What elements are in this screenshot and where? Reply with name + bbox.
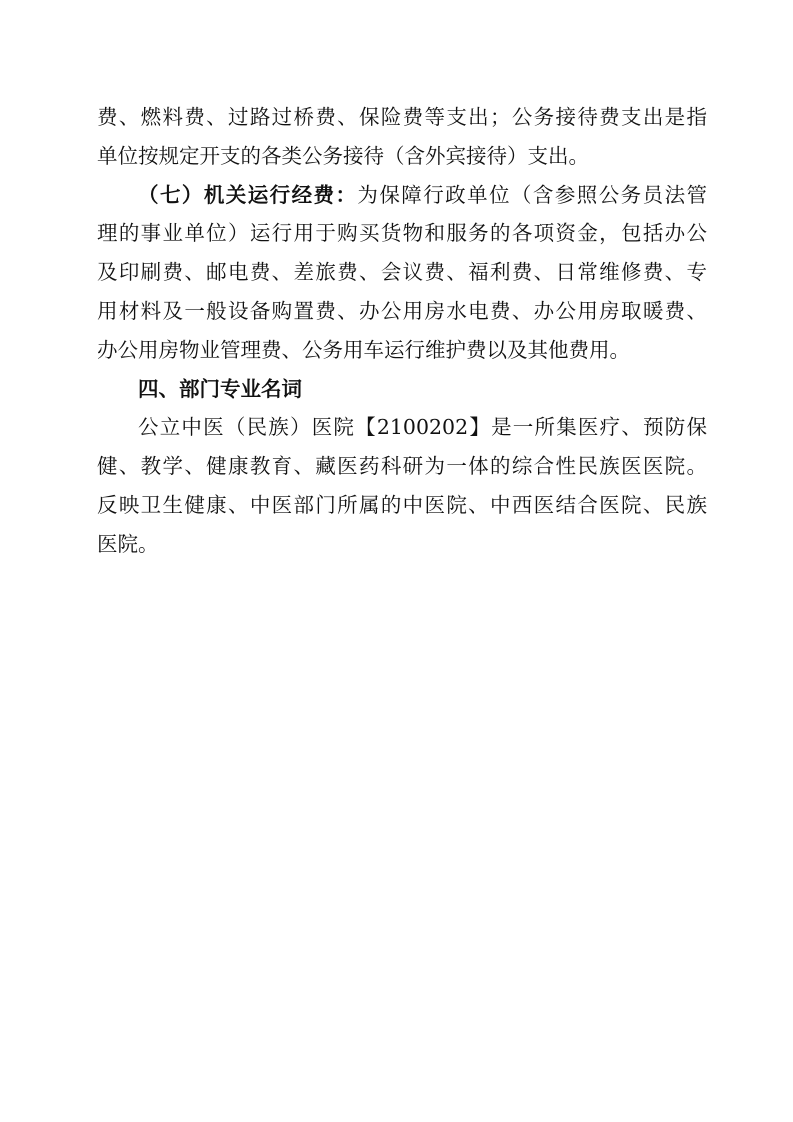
text-line: （七）机关运行经费：为保障行政单位（含参照公务员法管 <box>97 176 707 215</box>
term-label: （七）机关运行经费： <box>138 183 357 207</box>
text-line: 费、燃料费、过路过桥费、保险费等支出；公务接待费支出是指 <box>97 98 707 137</box>
section-heading: 四、部门专业名词 <box>97 370 707 409</box>
text-line: 公立中医（民族）医院【2100202】是一所集医疗、预防保 <box>97 408 707 447</box>
paragraph-hospital-definition: 公立中医（民族）医院【2100202】是一所集医疗、预防保 健、教学、健康教育、… <box>97 408 707 563</box>
text-line: 医院。 <box>97 525 707 564</box>
text-line: 办公用房物业管理费、公务用车运行维护费以及其他费用。 <box>97 331 707 370</box>
document-page: 费、燃料费、过路过桥费、保险费等支出；公务接待费支出是指 单位按规定开支的各类公… <box>97 98 707 564</box>
text-line: 理的事业单位）运行用于购买货物和服务的各项资金，包括办公 <box>97 214 707 253</box>
text-line: 用材料及一般设备购置费、办公用房水电费、办公用房取暖费、 <box>97 292 707 331</box>
paragraph-official-reception: 费、燃料费、过路过桥费、保险费等支出；公务接待费支出是指 单位按规定开支的各类公… <box>97 98 707 176</box>
text-line: 健、教学、健康教育、藏医药科研为一体的综合性民族医医院。 <box>97 447 707 486</box>
text-line: 反映卫生健康、中医部门所属的中医院、中西医结合医院、民族 <box>97 486 707 525</box>
text-line: 单位按规定开支的各类公务接待（含外宾接待）支出。 <box>97 137 707 176</box>
paragraph-operating-expenses: （七）机关运行经费：为保障行政单位（含参照公务员法管 理的事业单位）运行用于购买… <box>97 176 707 370</box>
term-definition-start: 为保障行政单位（含参照公务员法管 <box>357 183 707 207</box>
text-line: 及印刷费、邮电费、差旅费、会议费、福利费、日常维修费、专 <box>97 253 707 292</box>
